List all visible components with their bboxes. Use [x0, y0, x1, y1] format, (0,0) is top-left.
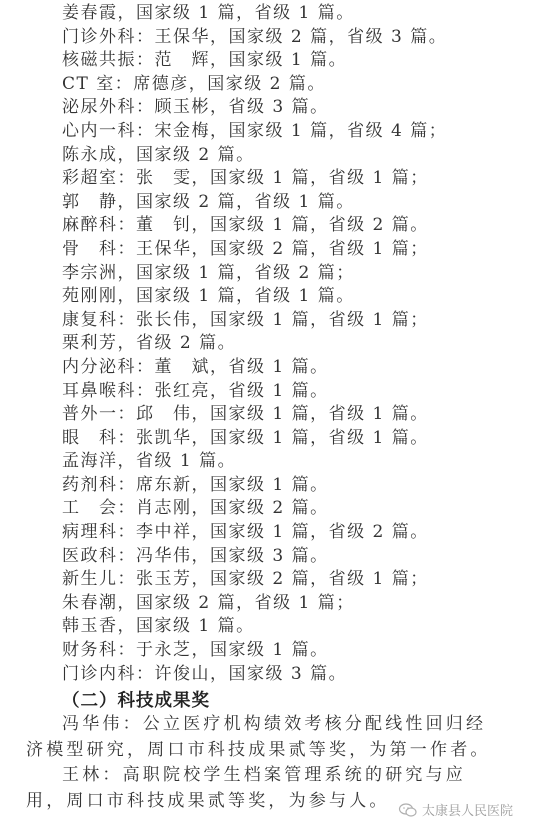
list-item: 郭 静，国家级 2 篇，省级 1 篇。 [62, 191, 447, 215]
list-item: 苑刚刚，国家级 1 篇，省级 1 篇。 [62, 285, 447, 309]
list-item: 新生儿：张玉芳，国家级 2 篇，省级 1 篇； [62, 568, 447, 592]
watermark-text: 太康县人民医院 [422, 800, 513, 819]
list-item: 陈永成，国家级 2 篇。 [62, 144, 447, 168]
list-item: 普外一：邱 伟，国家级 1 篇，省级 1 篇。 [62, 403, 447, 427]
list-item: 医政科：冯华伟，国家级 3 篇。 [62, 545, 447, 569]
list-item: CT 室：席德彦，国家级 2 篇。 [62, 73, 447, 97]
list-item: 李宗洲，国家级 1 篇，省级 2 篇； [62, 262, 447, 286]
list-item: 韩玉香，国家级 1 篇。 [62, 615, 447, 639]
list-item: 泌尿外科：顾玉彬，省级 3 篇。 [62, 96, 447, 120]
list-item: 栗利芳，省级 2 篇。 [62, 332, 447, 356]
section-heading: （二）科技成果奖 [62, 689, 210, 713]
list-item: 耳鼻喉科：张红亮，省级 1 篇。 [62, 380, 447, 404]
publication-list: 姜春霞，国家级 1 篇，省级 1 篇。 门诊外科：王保华，国家级 2 篇，省级 … [62, 2, 447, 686]
list-item: 药剂科：席东新，国家级 1 篇。 [62, 474, 447, 498]
list-item: 姜春霞，国家级 1 篇，省级 1 篇。 [62, 2, 447, 26]
list-item: 核磁共振：范 辉，国家级 1 篇。 [62, 49, 447, 73]
wechat-icon [398, 802, 418, 818]
list-item: 康复科：张长伟，国家级 1 篇，省级 1 篇； [62, 309, 447, 333]
list-item: 病理科：李中祥，国家级 1 篇，省级 2 篇。 [62, 521, 447, 545]
list-item: 心内一科：宋金梅，国家级 1 篇，省级 4 篇； [62, 120, 447, 144]
list-item: 骨 科：王保华，国家级 2 篇，省级 1 篇； [62, 238, 447, 262]
list-item: 彩超室：张 雯，国家级 1 篇，省级 1 篇； [62, 167, 447, 191]
list-item: 门诊内科：许俊山，国家级 3 篇。 [62, 663, 447, 687]
list-item: 朱春潮，国家级 2 篇，省级 1 篇； [62, 592, 447, 616]
list-item: 内分泌科：董 斌，省级 1 篇。 [62, 356, 447, 380]
watermark: 太康县人民医院 [398, 800, 513, 819]
award-paragraph: 冯华伟：公立医疗机构绩效考核分配线性回归经济模型研究，周口市科技成果贰等奖，为第… [26, 712, 496, 763]
list-item: 麻醉科：董 钊，国家级 1 篇，省级 2 篇。 [62, 214, 447, 238]
list-item: 工 会：肖志刚，国家级 2 篇。 [62, 497, 447, 521]
list-item: 门诊外科：王保华，国家级 2 篇，省级 3 篇。 [62, 26, 447, 50]
list-item: 财务科：于永芝，国家级 1 篇。 [62, 639, 447, 663]
list-item: 眼 科：张凯华，国家级 1 篇，省级 1 篇。 [62, 427, 447, 451]
list-item: 孟海洋，省级 1 篇。 [62, 450, 447, 474]
